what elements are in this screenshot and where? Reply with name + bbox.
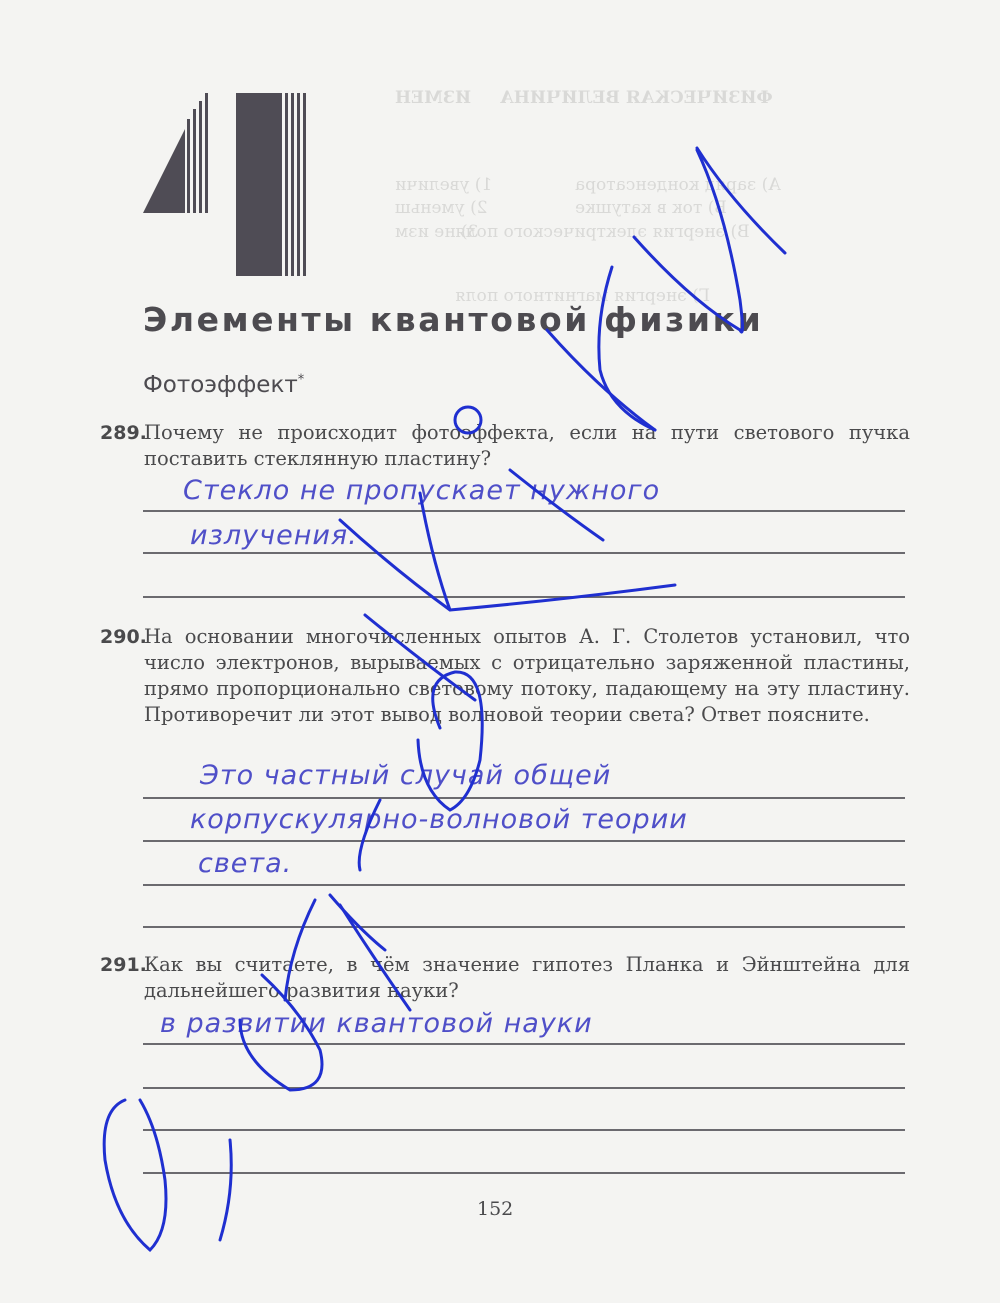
task-number: 290. bbox=[100, 624, 144, 650]
task-290: 290. На основании многочисленных опытов … bbox=[100, 624, 908, 759]
workbook-page: ФИЗИЧЕСКАЯ ВЕЛИЧИНА ИЗМЕН А) заряд конде… bbox=[0, 0, 1000, 1303]
section-title: Фотоэффект* bbox=[143, 372, 304, 398]
answer-line bbox=[143, 1087, 905, 1089]
bleed-through-text: 1) увеличи bbox=[395, 175, 492, 195]
answer-line bbox=[143, 1043, 905, 1045]
footnote-mark: * bbox=[298, 372, 305, 387]
handwritten-answer: в развитии квантовой науки bbox=[160, 1008, 593, 1039]
handwritten-answer: Это частный случай общей bbox=[200, 760, 611, 791]
answer-line bbox=[143, 1172, 905, 1174]
bleed-through-text: А) заряд конденсатора bbox=[575, 175, 781, 195]
bleed-through-text: ИЗМЕН bbox=[395, 88, 471, 108]
bleed-through-text: 2) уменьш bbox=[395, 198, 488, 218]
answer-line bbox=[143, 926, 905, 928]
answer-line bbox=[143, 797, 905, 799]
answer-line bbox=[143, 596, 905, 598]
answer-line bbox=[143, 552, 905, 554]
answer-line bbox=[143, 884, 905, 886]
handwritten-answer: света. bbox=[198, 848, 292, 879]
task-number: 289. bbox=[100, 420, 144, 446]
task-number: 291. bbox=[100, 952, 144, 978]
task-question: Почему не происходит фотоэффекта, если н… bbox=[144, 420, 910, 472]
task-question: Как вы считаете, в чём значение гипотез … bbox=[144, 952, 910, 1004]
page-number: 152 bbox=[477, 1198, 513, 1220]
task-291: 291. Как вы считаете, в чём значение гип… bbox=[100, 952, 908, 1012]
bleed-through-text: В) энергия электрического поля bbox=[455, 222, 750, 242]
task-289: 289. Почему не происходит фотоэффекта, е… bbox=[100, 420, 908, 480]
answer-line bbox=[143, 510, 905, 512]
chapter-number-emblem bbox=[143, 91, 308, 276]
bleed-through-text: 3) не изм bbox=[395, 222, 478, 242]
handwritten-answer: излучения. bbox=[190, 520, 358, 551]
answer-line bbox=[143, 840, 905, 842]
task-question: На основании многочисленных опытов А. Г.… bbox=[144, 624, 910, 728]
answer-line bbox=[143, 1129, 905, 1131]
bleed-through-text: Б) ток в катушке bbox=[575, 198, 727, 218]
handwritten-answer: Стекло не пропускает нужного bbox=[183, 475, 660, 506]
chapter-title: Элементы квантовой физики bbox=[143, 300, 763, 339]
section-title-text: Фотоэффект bbox=[143, 372, 298, 398]
handwritten-answer: корпускулярно-волновой теории bbox=[190, 804, 688, 835]
bleed-through-text: ФИЗИЧЕСКАЯ ВЕЛИЧИНА bbox=[500, 88, 773, 108]
